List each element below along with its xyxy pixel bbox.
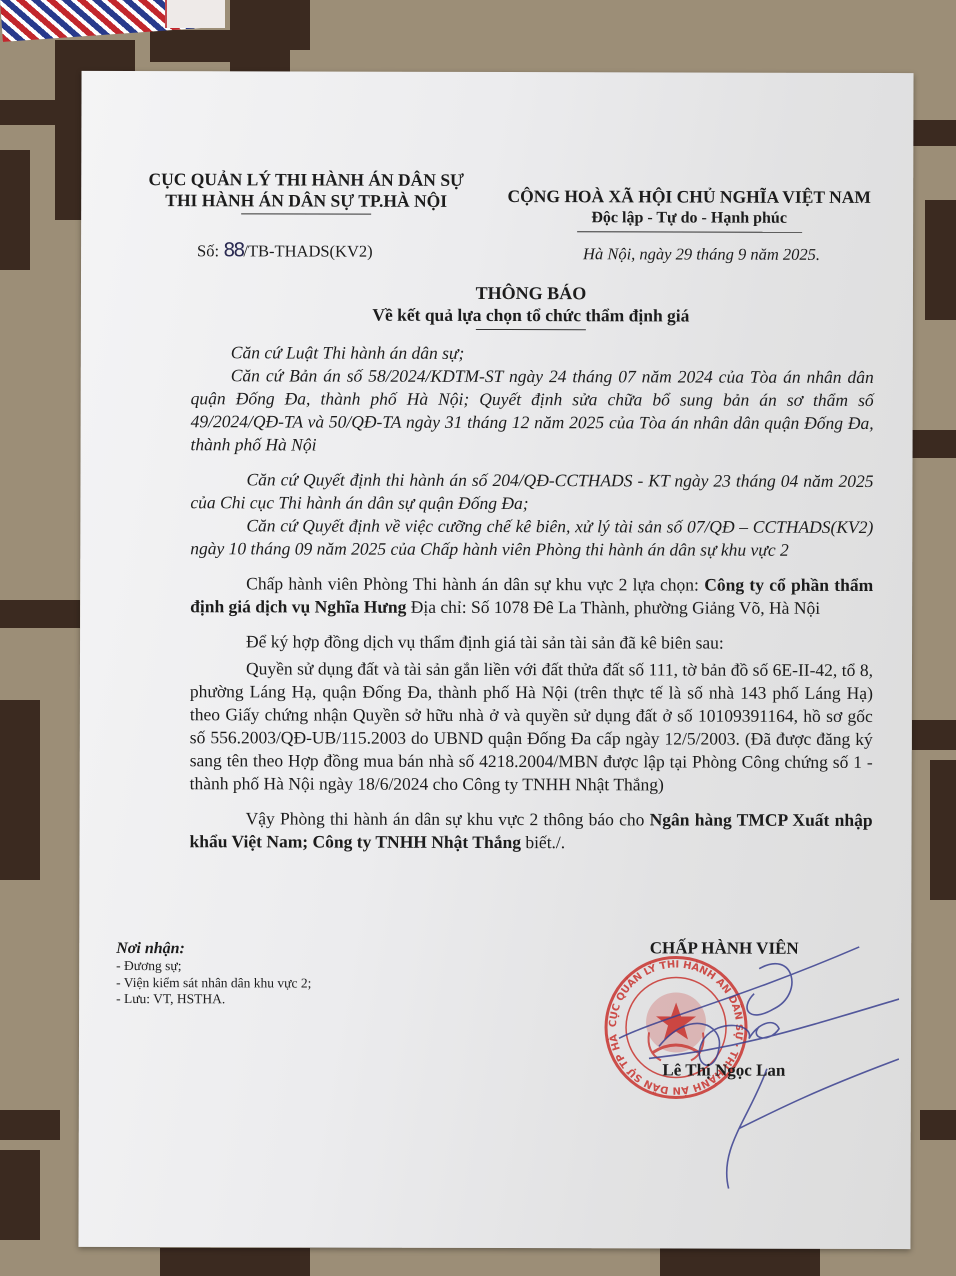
doc-number-prefix: Số: <box>197 241 223 260</box>
recipients-label: Nơi nhận: <box>116 939 311 959</box>
asset-description: Quyền sử dụng đất và tài sản gắn liền vớ… <box>190 657 873 797</box>
national-header: CỘNG HOÀ XÃ HỘI CHỦ NGHĨA VIỆT NAM Độc l… <box>489 186 889 233</box>
official-notice-document: CỤC QUẢN LÝ THI HÀNH ÁN DÂN SỰ THI HÀNH … <box>78 71 913 1249</box>
document-body: Căn cứ Luật Thi hành án dân sự; Căn cứ B… <box>189 341 873 855</box>
document-title-block: THÔNG BÁO Về kết quả lựa chọn tổ chức th… <box>231 281 831 331</box>
selected-address: Địa chỉ: Số 1078 Đê La Thành, phường Giả… <box>406 597 820 618</box>
notice-paragraph: Vậy Phòng thi hành án dân sự khu vực 2 t… <box>189 807 872 855</box>
cloth-edge <box>165 0 225 28</box>
place-and-date: Hà Nội, ngày 29 tháng 9 năm 2025. <box>583 244 820 265</box>
notice-end: biết./. <box>521 832 565 852</box>
document-number: Số: 88/TB-THADS(KV2) <box>197 239 373 261</box>
document-title: THÔNG BÁO <box>231 281 831 305</box>
signature-block: CỤC QUẢN LÝ THI HÀNH ÁN DÂN SỰ · THI HÀN… <box>599 938 859 1089</box>
header-rule-left <box>241 213 371 214</box>
doc-number-handwritten: 88 <box>223 239 243 261</box>
selection-intro: Chấp hành viên Phòng Thi hành án dân sự … <box>246 573 704 594</box>
notice-intro: Vậy Phòng thi hành án dân sự khu vực 2 t… <box>246 808 650 829</box>
recipient-item: - Lưu: VT, HSTHA. <box>116 991 311 1008</box>
agency-line-2: THI HÀNH ÁN DÂN SỰ TP.HÀ NỘI <box>141 190 471 212</box>
purpose-paragraph: Để ký hợp đồng dịch vụ thẩm định giá tài… <box>190 630 873 655</box>
document-subtitle: Về kết quả lựa chọn tổ chức thẩm định gi… <box>231 303 831 327</box>
legal-basis-4: Căn cứ Quyết định về việc cưỡng chế kê b… <box>190 514 873 562</box>
selection-paragraph: Chấp hành viên Phòng Thi hành án dân sự … <box>190 572 873 620</box>
doc-number-suffix: /TB-THADS(KV2) <box>243 241 372 260</box>
agency-line-1: CỤC QUẢN LÝ THI HÀNH ÁN DÂN SỰ <box>141 169 471 191</box>
header-rule-right <box>577 231 802 233</box>
signer-name: Lê Thị Ngọc Lan <box>619 1060 829 1081</box>
legal-basis-3: Căn cứ Quyết định thi hành án số 204/QĐ-… <box>190 468 873 516</box>
legal-basis-1: Căn cứ Luật Thi hành án dân sự; <box>191 341 874 366</box>
nation-name: CỘNG HOÀ XÃ HỘI CHỦ NGHĨA VIỆT NAM <box>489 186 889 208</box>
recipient-item: - Viện kiểm sát nhân dân khu vực 2; <box>116 975 311 992</box>
title-rule <box>476 329 586 330</box>
legal-basis-2: Căn cứ Bản án số 58/2024/KDTM-ST ngày 24… <box>191 364 874 458</box>
recipients-block: Nơi nhận: - Đương sự; - Viện kiểm sát nh… <box>116 939 311 1008</box>
nation-motto: Độc lập - Tự do - Hạnh phúc <box>489 207 889 229</box>
recipient-item: - Đương sự; <box>116 958 311 975</box>
issuing-agency-header: CỤC QUẢN LÝ THI HÀNH ÁN DÂN SỰ THI HÀNH … <box>141 169 471 215</box>
